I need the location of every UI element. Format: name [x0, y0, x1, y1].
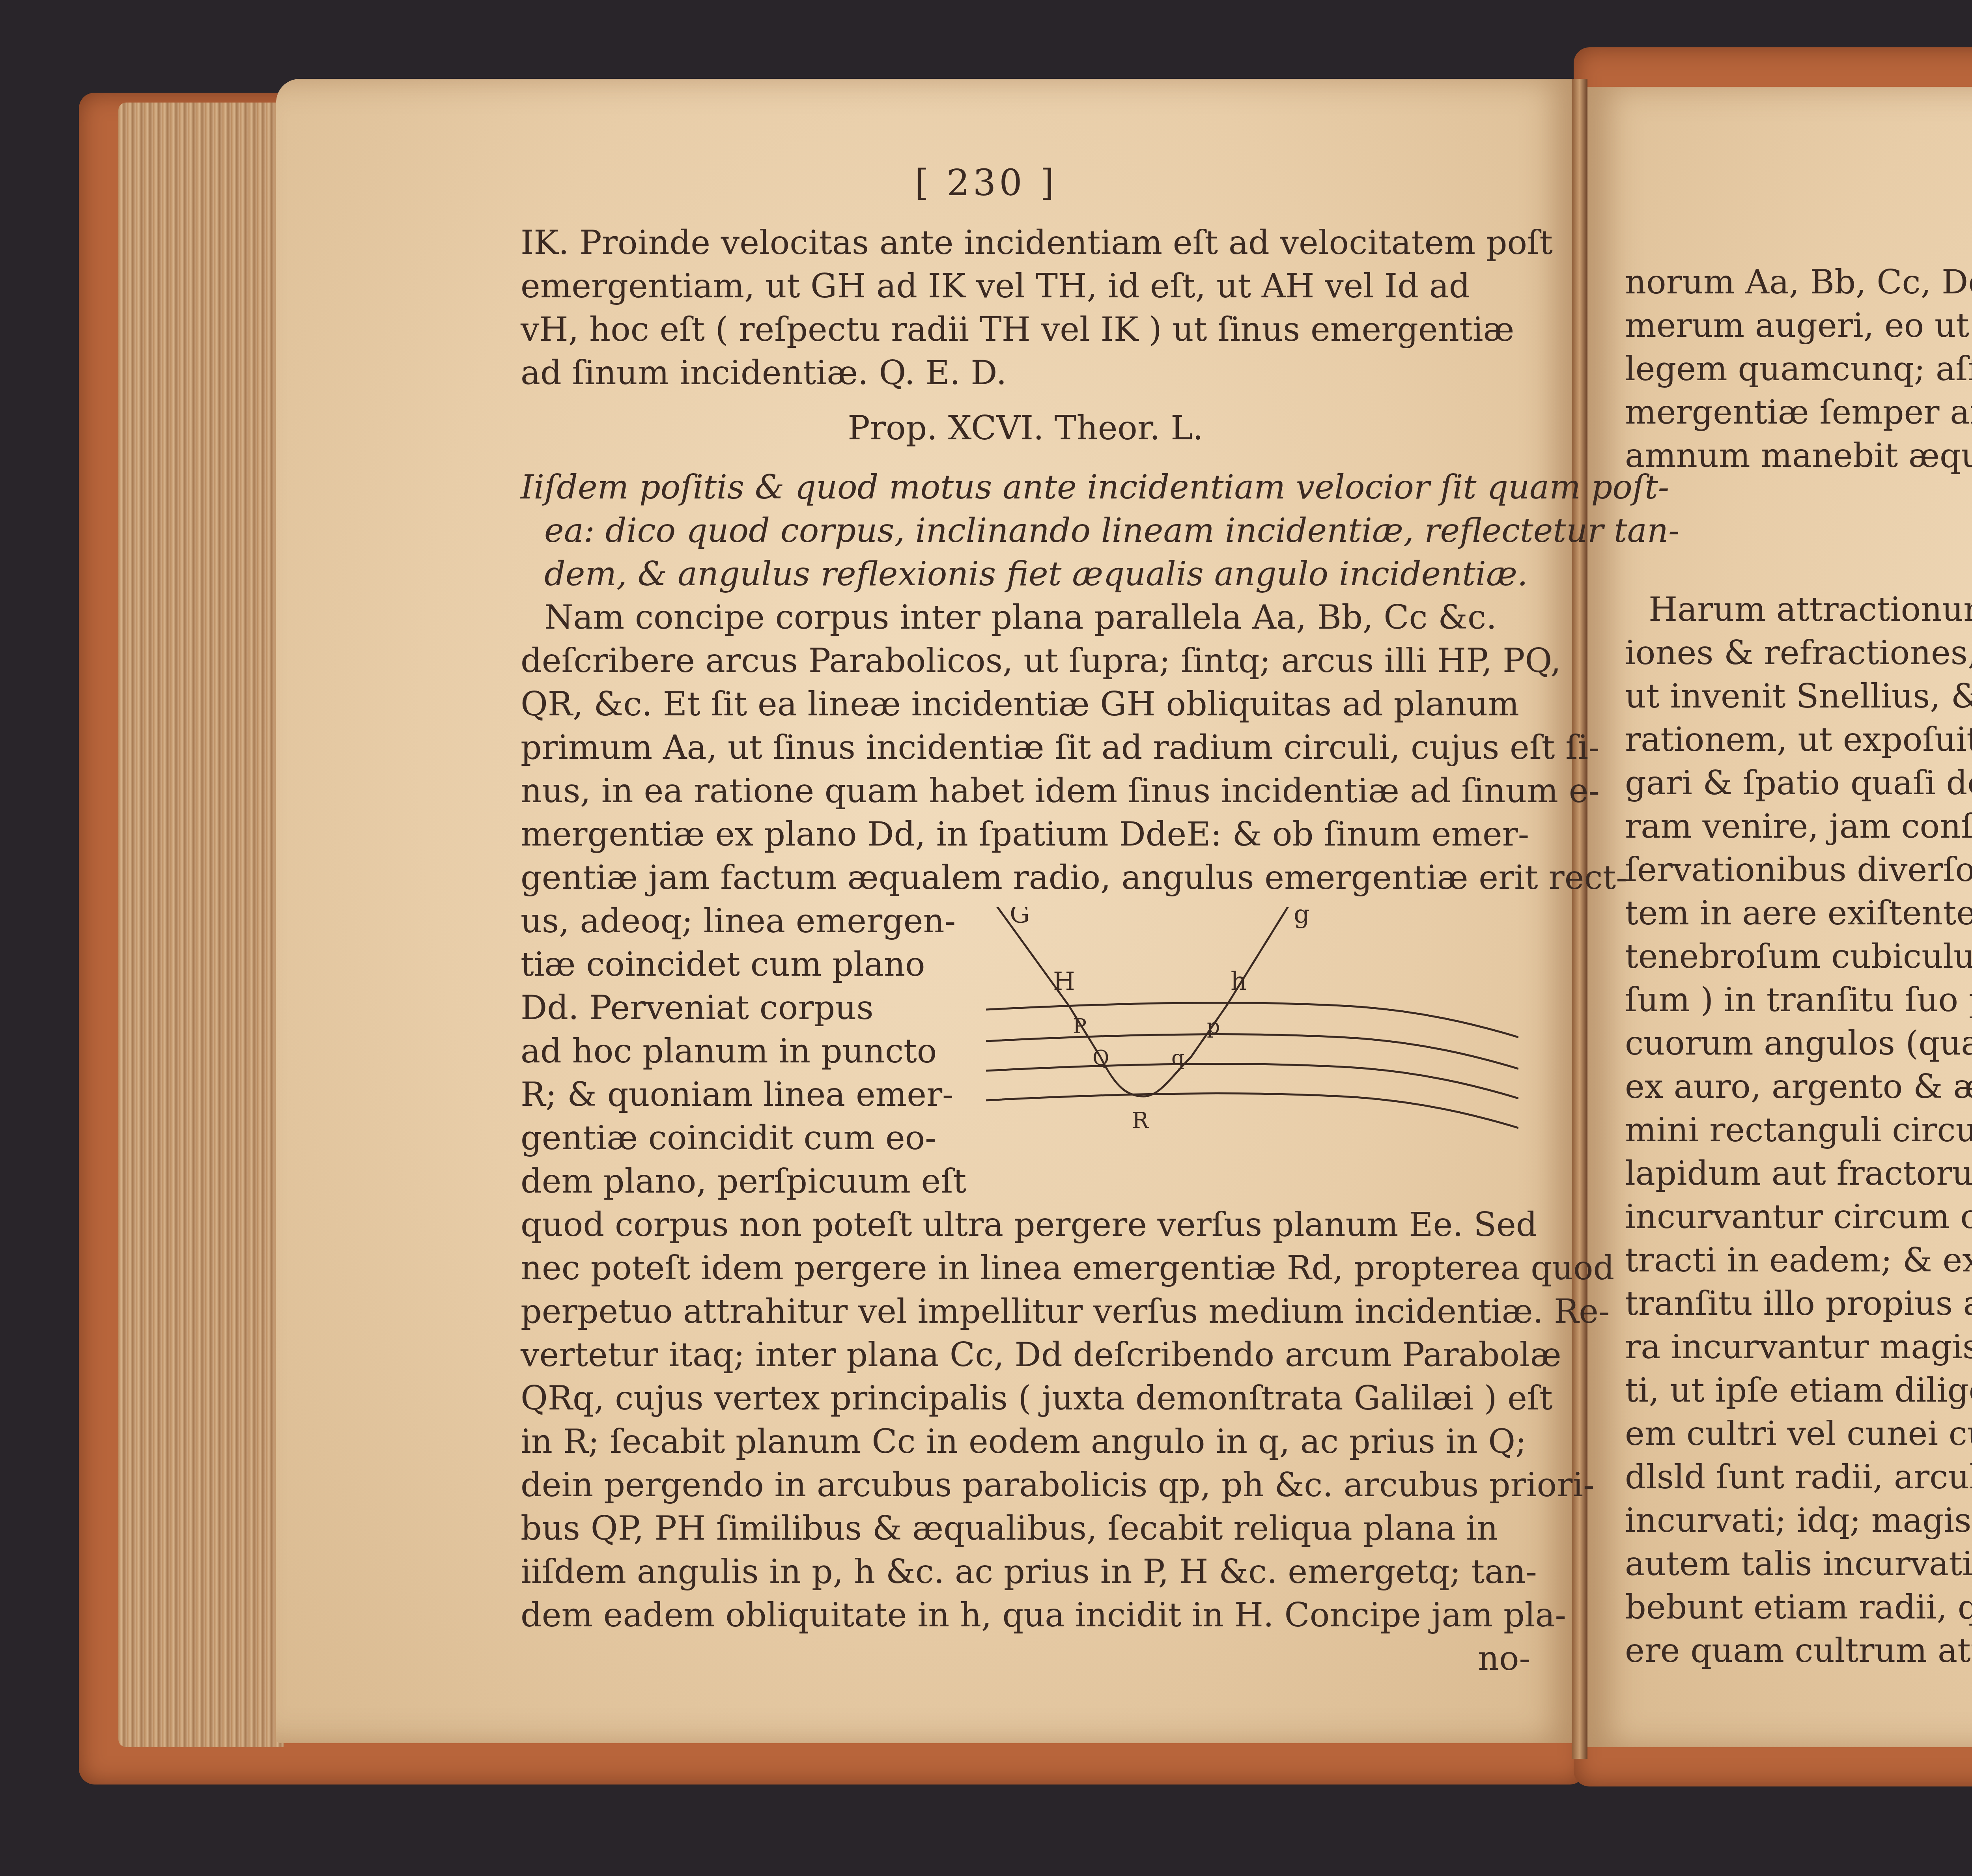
text-line: dlsld ſunt radii, arcubus owo, nvn, mtm,… — [1625, 1455, 1972, 1499]
text-line: tranſitu illo propius accedunt ad corpo- — [1625, 1282, 1972, 1325]
text-line: IK. Proinde velocitas ante incidentiam e… — [521, 221, 1530, 264]
text-line: vertetur itaq; inter plana Cc, Dd deſcri… — [521, 1333, 1530, 1376]
text-line: Harum attractionum haud multum diſſimile… — [1625, 588, 1972, 631]
text-line: merum augeri, eo ut actio attractionis v… — [1625, 304, 1972, 347]
reflection-diagram: G g H h P p Q q R — [986, 907, 1518, 1163]
text-line: nus, in ea ratione quam habet idem ſinus… — [521, 769, 1530, 812]
open-book: [ 230 ] IK. Proinde velocitas ante incid… — [0, 0, 1972, 1876]
text-line: ad ſinum incidentiæ. Q. E. D. — [521, 351, 1530, 394]
text-line: ſum ) in tranſitu ſuo prope corporum vel… — [1625, 978, 1972, 1021]
theorem-line: dem, & angulus reflexionis fiet æqualis … — [521, 552, 1530, 595]
text-line: QRq, cujus vertex principalis ( juxta de… — [521, 1376, 1530, 1420]
text-line: rationem, ut expoſuit Carteſius. Namq; L… — [1625, 718, 1972, 761]
text-line: norum Aa, Bb, Cc, Dd, Ee intervalla in i… — [1625, 260, 1972, 304]
book-gutter — [1572, 79, 1587, 1759]
page-number-left: [ 230 ] — [868, 162, 1104, 204]
page-number-right: [ 231 ] — [1933, 213, 1972, 255]
text-line: cuorum angulos (quales ſunt nummorum — [1625, 1021, 1972, 1065]
text-line: QR, &c. Et ſit ea lineæ incidentiæ GH ob… — [521, 682, 1530, 726]
text-line: Nam concipe corpus inter plana parallela… — [521, 595, 1530, 639]
text-line: emergentiam, ut GH ad IK vel TH, id eſt,… — [521, 264, 1530, 308]
text-line: mini rectanguli circulares, & cultrorum, — [1625, 1108, 1972, 1152]
text-line: bebunt etiam radii, qui incidunt in cult… — [1625, 1585, 1972, 1629]
text-line: lapidum aut fractorum vitrorum acies ) — [1625, 1152, 1972, 1195]
label-H: H — [1053, 967, 1075, 996]
text-line: ra incurvantur magis, quaſi magis attrac… — [1625, 1325, 1972, 1368]
text-line: gari & ſpatio quaſi decem minutorum prim… — [1625, 761, 1972, 805]
text-line: gentiæ jam factum æqualem radio, angulus… — [521, 856, 1530, 899]
text-line: mergentiæ ſemper angulo incidentiæ æqual… — [1625, 390, 1972, 434]
text-line: ex auro, argento & ære cuſorum ter- — [1625, 1065, 1972, 1108]
label-Q: Q — [1092, 1046, 1109, 1070]
text-line: legem quamcunq; aſſignatam continua redd… — [1625, 347, 1972, 390]
text-line: mergentiæ ex plano Dd, in ſpatium DdeE: … — [521, 812, 1530, 856]
label-p: p — [1207, 1015, 1220, 1038]
text-line: incurvantur circum corpora, quaſi at- — [1625, 1195, 1972, 1238]
text-line: incurvati; idq; magis vel minus pro diſt… — [1625, 1499, 1972, 1542]
text-line: primum Aa, ut ſinus incidentiæ ſit ad ra… — [521, 726, 1530, 769]
theorem-line: Iiſdem poſitis & quod motus ante inciden… — [521, 465, 1530, 509]
label-h: h — [1231, 967, 1247, 996]
text-line: vH, hoc eſt ( reſpectu radii TH vel IK )… — [521, 308, 1530, 351]
text-line: em cultri vel cunei cujuſvis AsB; & gowo… — [1625, 1412, 1972, 1455]
text-line: nec poteſt idem pergere in linea emergen… — [521, 1246, 1530, 1290]
text-line: dem eadem obliquitate in h, qua incidit … — [521, 1593, 1530, 1637]
text-line: tenebroſum cubiculum admiſſa, invenit, &… — [1625, 935, 1972, 978]
text-line: deſcribere arcus Parabolicos, ut ſupra; … — [521, 639, 1530, 682]
text-line: ſervationibus diverſorum Aſtronomorum co… — [1625, 848, 1972, 891]
theorem-line: ea: dico quod corpus, inclinando lineam … — [521, 509, 1530, 552]
text-line: ut invenit Snellius, & per conſequens ſe… — [1625, 674, 1972, 718]
text-line: tem in aere exiſtentes (ubi dudum Grimal… — [1625, 891, 1972, 935]
text-line: dem plano, perſpicuum eſt — [521, 1159, 1530, 1203]
text-line: ti, ut ipſe etiam diligenter obſervavi. … — [1625, 1368, 1972, 1412]
scholium-heading: Scholium. — [1625, 505, 1972, 548]
proposition-heading: Prop. XCVI. Theor. L. — [521, 406, 1530, 450]
text-line: quod corpus non poteſt ultra pergere ver… — [521, 1203, 1530, 1246]
label-P: P — [1073, 1015, 1087, 1038]
text-line: perpetuo attrahitur vel impellitur verſu… — [521, 1290, 1530, 1333]
text-line: in R; ſecabit planum Cc in eodem angulo … — [521, 1420, 1530, 1463]
right-page-text: norum Aa, Bb, Cc, Dd, Ee intervalla in i… — [1625, 260, 1972, 1715]
label-q: q — [1171, 1046, 1184, 1070]
label-R: R — [1132, 1108, 1149, 1133]
text-line: ram venire, jam conſtat per Phænomena Sa… — [1625, 805, 1972, 848]
label-G: G — [1010, 907, 1030, 929]
text-line: iones & refractiones, factæ ſecundum dat… — [1625, 631, 1972, 674]
text-line: ere quam cultrum attingunt. Et par eſt r… — [1625, 1629, 1972, 1672]
text-line: amnum manebit æqualis. Q. E. D. — [1625, 434, 1972, 477]
text-line: iiſdem angulis in p, h &c. ac prius in P… — [521, 1550, 1530, 1593]
left-page-edges — [118, 103, 284, 1747]
label-g: g — [1294, 907, 1310, 929]
text-line: bus QP, PH ſimilibus & æqualibus, ſecabi… — [521, 1506, 1530, 1550]
text-line: autem talis incurvatio radiorum fiat in … — [1625, 1542, 1972, 1585]
catchword: vi- — [1625, 1672, 1972, 1715]
text-line: tracti in eadem; & ex his radiis, qui in — [1625, 1238, 1972, 1282]
text-line: dein pergendo in arcubus parabolicis qp,… — [521, 1463, 1530, 1506]
catchword: no- — [521, 1637, 1530, 1680]
